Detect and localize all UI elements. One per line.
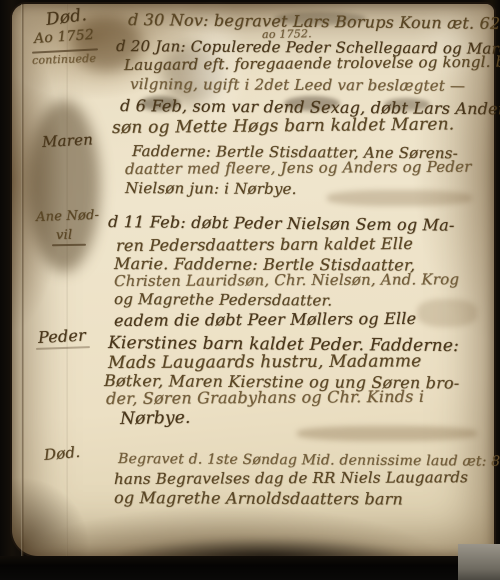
margin-note: Peder xyxy=(38,326,87,347)
handwritten-line: Begravet d. 1ste Søndag Mid. dennissime … xyxy=(118,451,500,470)
underline-stroke xyxy=(36,346,90,350)
handwritten-line: og Magrethe Pedersdaatter. xyxy=(114,290,332,310)
handwritten-line: d 11 Feb: døbt Peder Nielsøn Sem og Ma- xyxy=(108,212,455,235)
handwritten-line: Nielsøn jun: i Nørbye. xyxy=(125,179,297,198)
handwritten-line: ren Pedersdaatters barn kaldet Elle xyxy=(116,234,413,255)
handwritten-line: Mads Laugaards hustru, Madamme xyxy=(108,351,422,373)
handwritten-line: Christen Lauridsøn, Chr. Nielsøn, And. K… xyxy=(114,270,459,290)
handwritten-line: hans Begravelses dag de RR Niels Laugaar… xyxy=(114,468,468,488)
margin-note: vil xyxy=(56,228,73,243)
margin-note: Ane Nød- xyxy=(36,208,100,225)
margin-rule-line xyxy=(66,4,68,556)
handwritten-line: daatter med fleere, Jens og Anders og Pe… xyxy=(125,158,472,178)
ink-bleed xyxy=(417,299,477,327)
manuscript-page: Død. Ao 1752 continuede Maren Ane Nød- v… xyxy=(12,4,494,556)
handwritten-line: der, Søren Graabyhans og Chr. Kinds i xyxy=(106,387,424,408)
ink-bleed xyxy=(297,426,477,441)
handwritten-line: Laugaard eft. foregaaende trolovelse og … xyxy=(124,53,500,74)
margin-note: Maren xyxy=(42,130,94,151)
handwritten-line: vilgning, ugift i 2det Leed var beslægte… xyxy=(130,75,465,95)
photo-bottom-edge xyxy=(0,556,500,580)
handwritten-line: eadem die døbt Peer Møllers og Elle xyxy=(114,309,416,330)
ink-bleed xyxy=(327,190,472,206)
scanner-bed-patch xyxy=(458,544,500,580)
handwritten-line: d 30 Nov: begravet Lars Borups Koun æt. … xyxy=(128,10,500,33)
stain xyxy=(28,100,100,272)
margin-note: continuede xyxy=(32,52,96,67)
binding-edge-line xyxy=(21,4,24,556)
handwritten-line: og Magrethe Arnoldsdaatters barn xyxy=(114,488,403,509)
photo-background: Død. Ao 1752 continuede Maren Ane Nød- v… xyxy=(0,0,500,580)
handwritten-line: Nørbye. xyxy=(120,408,191,429)
margin-note: Død. xyxy=(43,443,81,464)
handwritten-line: søn og Mette Høgs barn kaldet Maren. xyxy=(112,114,455,138)
